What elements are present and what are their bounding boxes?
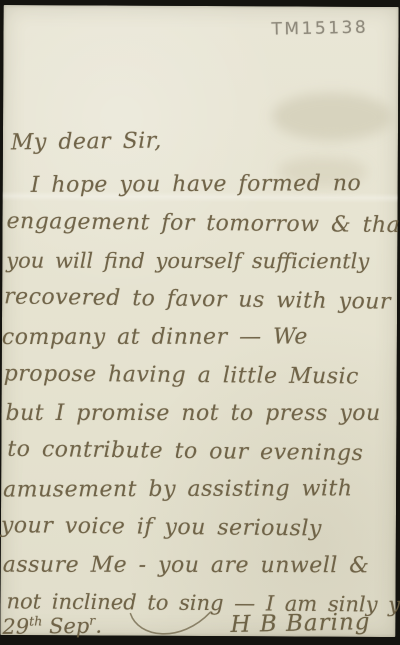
letter-line: propose having a little Music [4,361,359,389]
signature: H B Baring [230,609,371,638]
scan-frame: TM15138 My dear Sir, I hope you have for… [0,0,400,645]
catalog-annotation: TM15138 [271,18,368,40]
letter-line: amusement by assisting with [3,476,352,502]
letter-paper: TM15138 My dear Sir, I hope you have for… [0,5,398,637]
letter-line: you will find yourself sufficiently [6,249,369,274]
letter-line: engagement for tomorrow & that [6,209,400,238]
date-month: Sep [49,614,90,638]
date-day-suffix: th [29,613,42,628]
letter-line: to contribute to our evenings [7,437,363,466]
letter-line: your voice if you seriously [1,513,322,541]
date-day: 29 [2,615,29,639]
date-punctuation: . [95,614,102,638]
letter-line: company at dinner — We [2,324,308,350]
letter-line: but I promise not to press you [6,401,381,426]
date-line: 29th Sepr. [2,613,102,639]
salutation: My dear Sir, [11,128,162,155]
ink-showthrough [272,92,392,141]
letter-line: assure Me - you are unwell & [3,553,370,579]
letter-line: I hope you have formed no [31,171,362,198]
letter-line: recovered to favor us with your [4,284,391,314]
